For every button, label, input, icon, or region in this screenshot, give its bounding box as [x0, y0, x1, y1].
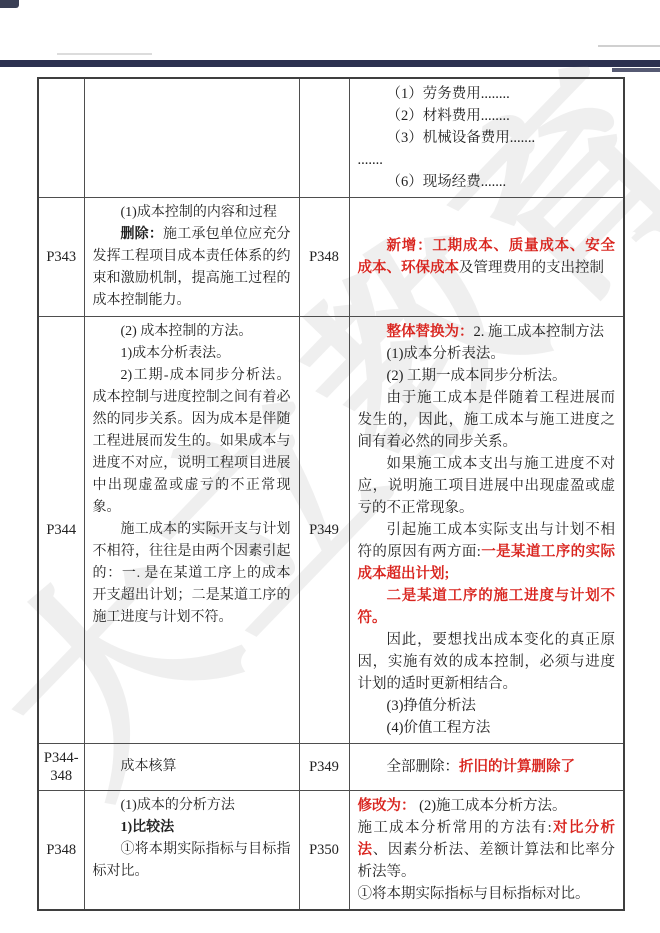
paragraph: (1)成本的分析方法 [93, 795, 291, 817]
old-content-cell: (2) 成本控制的方法。1)成本分析表法。2)工期-成本同步分析法。成本控制与进… [84, 317, 299, 744]
scan-artifact-line [598, 45, 660, 47]
old-content-cell: (1)成本控制的内容和过程删除：施工承包单位应充分发挥工程项目成本责任体系的约束… [84, 198, 299, 317]
old-page-cell: P344-348 [38, 744, 84, 791]
corner-mark [0, 0, 19, 8]
paragraph: 引起施工成本实际支出与计划不相符的原因有两方面:一是某道工序的实际成本超出计划; [358, 519, 616, 585]
old-content-cell: 成本核算 [84, 744, 299, 791]
paragraph: 修改为： (2)施工成本分析方法。 [358, 795, 616, 817]
paragraph: ①将本期实际指标与目标指标对比。 [93, 839, 291, 883]
paragraph: (4)价值工程方法 [358, 717, 616, 739]
paragraph: 由于施工成本是伴随着工程进展而发生的，因此，施工成本与施工进度之间有着必然的同步… [358, 387, 616, 453]
paragraph: (3)挣值分析法 [358, 695, 616, 717]
new-page-cell [299, 78, 349, 198]
table-row: P343 (1)成本控制的内容和过程删除：施工承包单位应充分发挥工程项目成本责任… [38, 198, 624, 317]
paragraph: (1)成本控制的内容和过程 [93, 202, 291, 224]
changes-comparison-table: （1）劳务费用........（2）材料费用........（3）机械设备费用.… [37, 77, 625, 911]
paragraph: 1)成本分析表法。 [93, 343, 291, 365]
paragraph: (1)成本分析表法。 [358, 343, 616, 365]
new-page-cell: P349 [299, 317, 349, 744]
table-row: P344 (2) 成本控制的方法。1)成本分析表法。2)工期-成本同步分析法。成… [38, 317, 624, 744]
paragraph: （1）劳务费用........ [358, 83, 616, 105]
paragraph: 新增：工期成本、质量成本、安全成本、环保成本及管理费用的支出控制 [358, 235, 616, 279]
paragraph: 成本核算 [93, 756, 291, 778]
paragraph: 1)比较法 [93, 817, 291, 839]
top-divider-band-fragment [612, 68, 660, 72]
paragraph: （3）机械设备费用....... [358, 127, 616, 149]
old-page-cell: P343 [38, 198, 84, 317]
paragraph: 全部删除：折旧的计算删除了 [358, 756, 616, 778]
table-row: P344-348 成本核算 P349 全部删除：折旧的计算删除了 [38, 744, 624, 791]
new-content-cell: 全部删除：折旧的计算删除了 [349, 744, 624, 791]
paragraph: 2)工期-成本同步分析法。成本控制与进度控制之间有着必然的同步关系。因为成本是伴… [93, 365, 291, 519]
paragraph: (2) 工期一成本同步分析法。 [358, 365, 616, 387]
new-page-cell: P350 [299, 791, 349, 911]
table-row: P348 (1)成本的分析方法1)比较法①将本期实际指标与目标指标对比。 P35… [38, 791, 624, 911]
paragraph: ....... [358, 149, 616, 171]
old-page-cell: P344 [38, 317, 84, 744]
new-content-cell: 修改为： (2)施工成本分析方法。施工成本分析常用的方法有:对比分析法、因素分析… [349, 791, 624, 911]
paragraph: 施工成本的实际开支与计划不相符，往往是由两个因素引起的：一. 是在某道工序上的成… [93, 519, 291, 629]
new-content-cell: 新增：工期成本、质量成本、安全成本、环保成本及管理费用的支出控制 [349, 198, 624, 317]
document-page: 大立教育 （1）劳务费用........（2）材料费用........（3）机械… [0, 0, 660, 933]
table-row: （1）劳务费用........（2）材料费用........（3）机械设备费用.… [38, 78, 624, 198]
new-content-cell: 整体替换为：2. 施工成本控制方法(1)成本分析表法。(2) 工期一成本同步分析… [349, 317, 624, 744]
paragraph: （2）材料费用........ [358, 105, 616, 127]
paragraph: （6）现场经费....... [358, 171, 616, 193]
new-page-cell: P349 [299, 744, 349, 791]
top-divider-band [0, 60, 660, 67]
old-content-cell: (1)成本的分析方法1)比较法①将本期实际指标与目标指标对比。 [84, 791, 299, 911]
paragraph: 二是某道工序的施工进度与计划不符。 [358, 585, 616, 629]
paragraph: (2) 成本控制的方法。 [93, 321, 291, 343]
old-page-cell [38, 78, 84, 198]
paragraph: 因此，要想找出成本变化的真正原因，实施有效的成本控制，必须与进度计划的适时更新相… [358, 629, 616, 695]
paragraph: ①将本期实际指标与目标指标对比。 [358, 883, 616, 905]
old-content-cell [84, 78, 299, 198]
paragraph: 删除：施工承包单位应充分发挥工程项目成本责任体系的约束和激励机制，提高施工过程的… [93, 224, 291, 312]
scan-artifact-line [57, 53, 152, 55]
paragraph: 整体替换为：2. 施工成本控制方法 [358, 321, 616, 343]
new-page-cell: P348 [299, 198, 349, 317]
new-content-cell: （1）劳务费用........（2）材料费用........（3）机械设备费用.… [349, 78, 624, 198]
old-page-cell: P348 [38, 791, 84, 911]
paragraph: 施工成本分析常用的方法有:对比分析法、因素分析法、差额计算法和比率分析法等。 [358, 817, 616, 883]
paragraph: 如果施工成本支出与施工进度不对应，说明施工项目进展中出现虚盈或虚亏的不正常现象。 [358, 453, 616, 519]
